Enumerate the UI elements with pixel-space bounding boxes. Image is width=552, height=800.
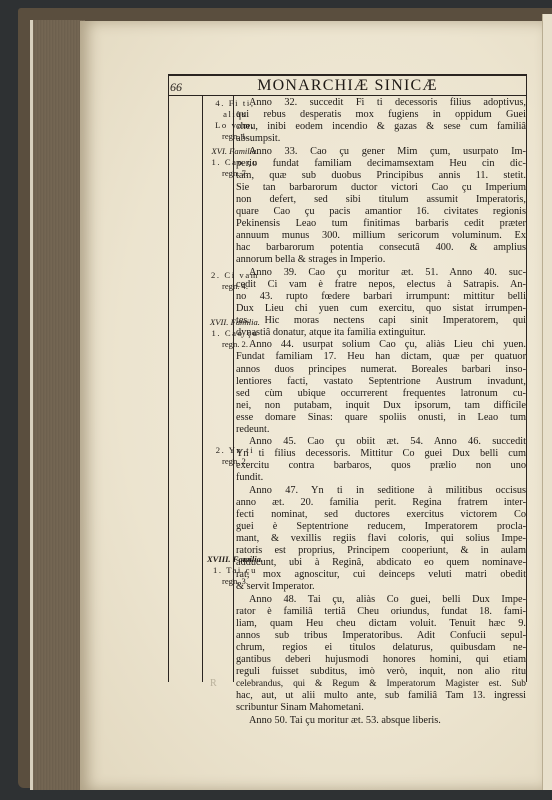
running-head: MONARCHIÆ SINICÆ: [168, 77, 527, 95]
text-line: Pekinensis Leao tum finitimas barbaris c…: [236, 218, 526, 230]
text-line: tam, quæ sub duobus Principibus annis 11…: [236, 170, 526, 182]
text-line: esse domare Sinas: quare spoliis onusti,…: [236, 412, 526, 424]
top-rule: [168, 74, 527, 76]
text-line: hac barbarorum potentia consecutâ 400. &…: [236, 242, 526, 254]
text-line: hac, aut, ut alii multo ante, sub famili…: [236, 690, 526, 702]
paragraph: Anno 47. Yn ti in seditione à militibus …: [236, 485, 526, 593]
paragraph: Anno 48. Tai çu, aliàs Co guei, belli Du…: [236, 594, 526, 714]
paragraph: Anno 33. Cao çu gener Mim çum, usurpato …: [236, 146, 526, 266]
book-page-edges: [30, 20, 85, 790]
text-line: annos sub tribus Imperatoribus. Adit Con…: [236, 630, 526, 642]
text-line: lentiores facti, vastato Septentrione Au…: [236, 376, 526, 388]
text-line: mant, & vexillis regiis flavi coloris, q…: [236, 533, 526, 545]
text-line: reguli fuisset subditus, imò verò, inqui…: [236, 666, 526, 678]
text-line: Yn ti filius decessoris. Mittitur Co gue…: [236, 448, 526, 460]
text-line: fecti nominat, sed ductores exercitus vi…: [236, 509, 526, 521]
text-line: perio fundat familiam decimamsextam Heu …: [236, 158, 526, 170]
text-line: exercitu contra barbaros, quos prælio no…: [236, 460, 526, 472]
text-line: annuum munus 300. millium sericorum volu…: [236, 230, 526, 242]
text-line: nei, non putabam, inquit Dux ipsorum, ta…: [236, 400, 526, 412]
text-line: guei è Septentrione reducem, Imperatorem…: [236, 521, 526, 533]
text-line: gantibus deberi hujusmodi honores homini…: [236, 654, 526, 666]
text-line: rat, mox agnoscitur, cui deinceps veluti…: [236, 569, 526, 581]
text-line: Dux Lieu chi yuen cum exercitu, quo sist…: [236, 303, 526, 315]
text-line: annos duos principes numerat. Boreales b…: [236, 364, 526, 376]
text-line: rator è familiâ tertiâ Cheu oriundus, fu…: [236, 606, 526, 618]
text-line: liam, quam Heu cheu dictam voluit. Tenui…: [236, 618, 526, 630]
paragraph: Anno 44. usurpat solium Cao çu, aliàs Li…: [236, 339, 526, 435]
text-line: no 43. rupto fœdere barbari irrumpunt: m…: [236, 291, 526, 303]
text-frame: 66 MONARCHIÆ SINICÆ 4. Fi ti, aliàs Lo v…: [168, 80, 527, 680]
text-line: Anno 48. Tai çu, aliàs Co guei, belli Du…: [236, 594, 526, 606]
margin-column-rule: [202, 95, 203, 682]
text-line: Anno 32. succedit Fi ti decessoris filiu…: [236, 97, 526, 109]
text-line: Anno 50. Tai çu moritur æt. 53. absque l…: [236, 715, 526, 727]
text-line: dynastiâ donatur, atque ita familia exti…: [236, 327, 526, 339]
text-line: Anno 39. Cao çu moritur æt. 51. Anno 40.…: [236, 267, 526, 279]
text-line: anno æt. 20. familia perit. Regina fratr…: [236, 497, 526, 509]
text-line: scribuntur Sinam Mahometani.: [236, 702, 526, 714]
text-line: Anno 45. Cao çu obiit æt. 54. Anno 46. s…: [236, 436, 526, 448]
main-column-rule: [233, 95, 234, 682]
paragraph: Anno 45. Cao çu obiit æt. 54. Anno 46. s…: [236, 436, 526, 484]
text-line: cheu, inibi eodem incendio & gazas & ses…: [236, 121, 526, 133]
text-line: Anno 47. Yn ti in seditione à militibus …: [236, 485, 526, 497]
main-text-column: Anno 32. succedit Fi ti decessoris filiu…: [236, 97, 526, 727]
text-line: chrum, regios ei titulos delaturus, quib…: [236, 642, 526, 654]
paragraph: Anno 50. Tai çu moritur æt. 53. absque l…: [236, 715, 526, 727]
header-rule: [168, 95, 527, 96]
text-line: cedit Ci vam è fratre nepos, electus à S…: [236, 279, 526, 291]
paragraph: Anno 32. succedit Fi ti decessoris filiu…: [236, 97, 526, 145]
text-line: adducunt, ubi à Reginâ, abdicato eo quem…: [236, 557, 526, 569]
outer-left-rule: [168, 74, 169, 682]
text-line: ratoris est proprius, Principem cooperiu…: [236, 545, 526, 557]
text-line: fundit.: [236, 472, 526, 484]
text-line: qui rebus desperatis mox fugiens in oppi…: [236, 109, 526, 121]
paragraph: Anno 39. Cao çu moritur æt. 51. Anno 40.…: [236, 267, 526, 339]
text-line: sed cùm ubique occurrerent frequentes la…: [236, 388, 526, 400]
text-line: Sie tan barbarorum ductor victori Cao çu…: [236, 182, 526, 194]
text-line: celebrandus, qui & Regum & Imperatorum M…: [236, 678, 526, 690]
text-line: Anno 33. Cao çu gener Mim çum, usurpato …: [236, 146, 526, 158]
signature-mark: R: [210, 678, 217, 689]
text-line: & servit Imperator.: [236, 581, 526, 593]
text-line: non defert, sed sibi titulum assumit Imp…: [236, 194, 526, 206]
text-line: tes. Hic moras nectens capi sinit Impera…: [236, 315, 526, 327]
text-line: absumpsit.: [236, 133, 526, 145]
facing-page-edge: [542, 14, 552, 790]
text-line: quare Cao çu pacis amantior 16. civitate…: [236, 206, 526, 218]
text-line: Anno 44. usurpat solium Cao çu, aliàs Li…: [236, 339, 526, 351]
text-line: redeunt.: [236, 424, 526, 436]
text-line: annorum bella & strages in Imperio.: [236, 254, 526, 266]
text-line: Fundat familiam 17. Heu han dictam, quæ …: [236, 351, 526, 363]
outer-right-rule: [526, 74, 527, 682]
